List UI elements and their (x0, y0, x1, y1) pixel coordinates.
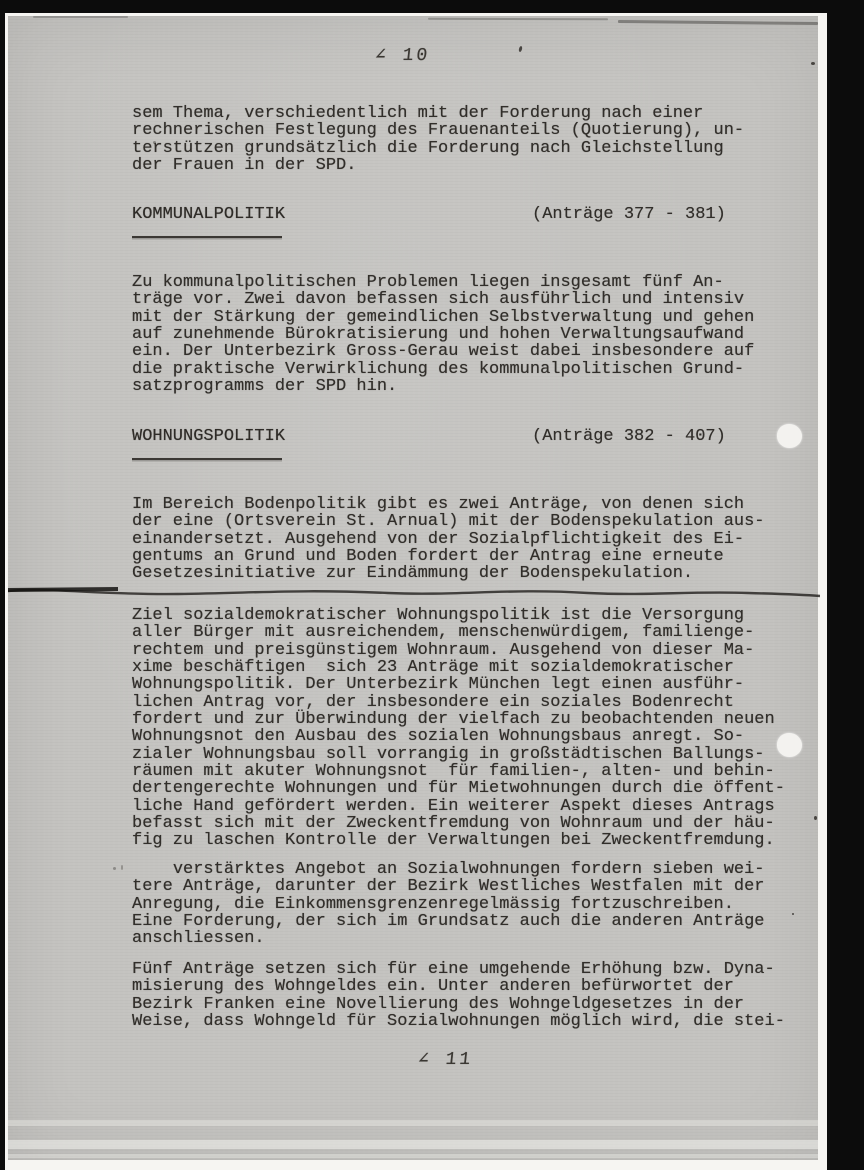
heading-underline (132, 236, 282, 238)
page-number-bottom: ∠ 11 (417, 1048, 475, 1070)
section-range-wohnungspolitik: (Anträge 382 - 407) (532, 428, 726, 446)
scan-noise-streak (33, 16, 128, 18)
heading-underline (132, 458, 282, 460)
scan-noise-streak (618, 20, 818, 25)
page-paper: ∠ 10 sem Thema, verschiedentlich mit der… (8, 16, 818, 1160)
scan-speck (518, 46, 522, 53)
kommunalpolitik-paragraph: Zu kommunalpolitischen Problemen liegen … (132, 274, 804, 395)
scan-light-band (8, 1140, 818, 1149)
hole-punch-bottom (777, 733, 802, 757)
scan-speck (792, 913, 794, 915)
faded-text-artifact (121, 865, 123, 870)
scan-crease-line (8, 584, 820, 598)
wohnungspolitik-paragraph-3: verstärktes Angebot an Sozialwohnungen f… (132, 861, 804, 948)
wohnungspolitik-paragraph-2: Ziel sozialdemokratischer Wohnungspoliti… (132, 607, 804, 850)
hole-punch-top (777, 424, 802, 448)
scan-noise-streak (428, 18, 608, 21)
section-heading-kommunalpolitik: KOMMUNALPOLITIK (132, 206, 285, 224)
page-sheet: ∠ 10 sem Thema, verschiedentlich mit der… (5, 13, 827, 1170)
faded-text-artifact (113, 867, 116, 870)
scan-speck (153, 141, 156, 144)
scan-light-band (8, 1120, 818, 1126)
section-heading-wohnungspolitik: WOHNUNGSPOLITIK (132, 428, 285, 446)
wohnungspolitik-paragraph-1: Im Bereich Bodenpolitik gibt es zwei Ant… (132, 496, 804, 583)
scan-speck (811, 62, 815, 65)
wohnungspolitik-paragraph-4: Fünf Anträge setzen sich für eine umgehe… (132, 961, 804, 1030)
scan-light-band (8, 1154, 818, 1158)
page-number-top: ∠ 10 (374, 44, 432, 66)
section-range-kommunalpolitik: (Anträge 377 - 381) (532, 206, 726, 224)
intro-paragraph: sem Thema, verschiedentlich mit der Ford… (132, 105, 804, 174)
scan-speck (814, 816, 817, 820)
scanned-document-view: ∠ 10 sem Thema, verschiedentlich mit der… (0, 0, 864, 1170)
